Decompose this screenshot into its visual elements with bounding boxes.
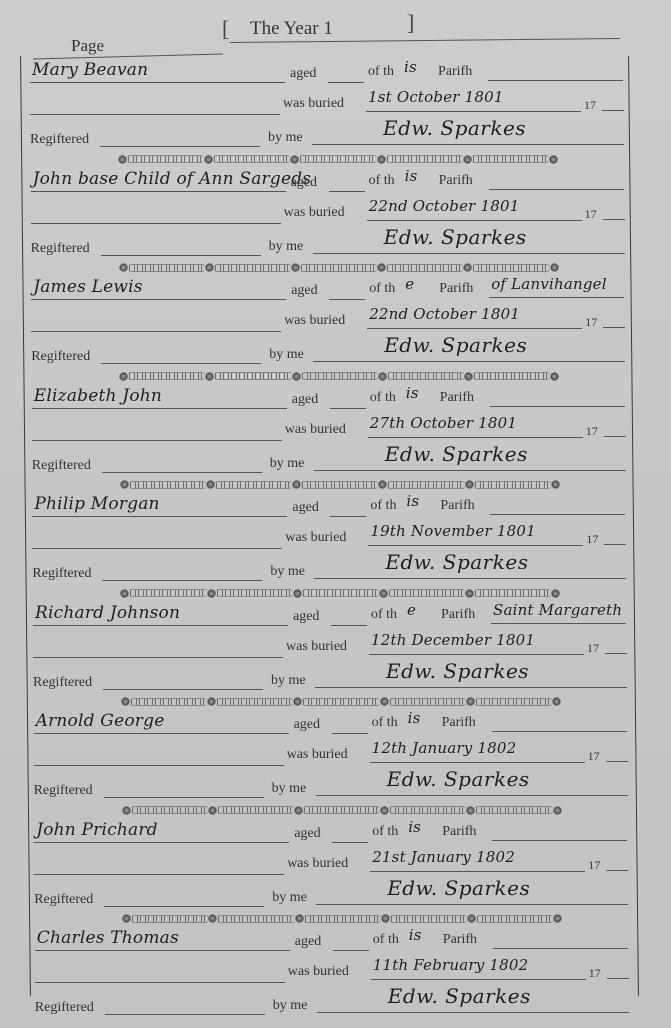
burial-entry: Charles Thomas aged of th is Parifh was … — [33, 926, 631, 1028]
of-the-label: of th — [368, 64, 394, 80]
deceased-name: Elizabeth John — [34, 386, 162, 406]
registrar-signature: Edw. Sparkes — [387, 876, 530, 900]
signature-rule — [313, 361, 625, 362]
burial-entry: Philip Morgan aged of th is Parifh was b… — [30, 492, 628, 600]
deceased-name: John base Child of Ann Sargeds — [33, 169, 312, 189]
ornament-chain — [472, 264, 549, 272]
ornament-knot — [463, 263, 472, 272]
was-buried-label: was buried — [284, 205, 345, 221]
burial-entry: John base Child of Ann Sargeds aged of t… — [29, 167, 627, 275]
of-the-suffix: e — [407, 601, 416, 619]
aged-label: aged — [291, 175, 317, 191]
ornament-knot — [381, 914, 390, 923]
registered-rule — [103, 689, 263, 690]
ornament-knot — [465, 589, 474, 598]
by-me-label: by me — [270, 456, 305, 472]
ornament-chain — [129, 589, 206, 597]
date-rule — [370, 762, 585, 763]
year-rule — [602, 110, 624, 111]
of-the-suffix: is — [408, 709, 421, 727]
was-buried-label: was buried — [286, 639, 347, 655]
ornament-chain — [475, 806, 552, 814]
separator-ornament — [121, 697, 561, 707]
parish-label: Parifh — [440, 498, 474, 514]
signature-rule — [316, 795, 628, 796]
by-me-label: by me — [271, 673, 306, 689]
by-me-label: by me — [268, 130, 303, 146]
name-rule — [34, 842, 289, 843]
registrar-signature: Edw. Sparkes — [386, 659, 529, 683]
by-me-label: by me — [269, 347, 304, 363]
aged-label: aged — [290, 66, 316, 82]
ornament-knot — [291, 263, 300, 272]
aged-label: aged — [294, 826, 320, 842]
burial-date: 12th December 1801 — [371, 631, 535, 649]
ornament-knot — [208, 806, 217, 815]
ornament-knot — [205, 372, 214, 381]
signature-rule — [315, 687, 627, 688]
ornament-knot — [378, 372, 387, 381]
of-the-label: of th — [372, 715, 398, 731]
of-the-label: of th — [371, 607, 397, 623]
ornament-chain — [214, 372, 291, 380]
registered-label: Regiftered — [32, 566, 91, 582]
parish-label: Parifh — [443, 932, 477, 948]
separator-ornament — [119, 371, 559, 381]
deceased-name: Mary Beavan — [32, 60, 148, 80]
aged-label: aged — [295, 934, 321, 950]
year-rule — [603, 219, 625, 220]
burial-entry: Arnold George aged of th is Parifh was b… — [32, 709, 630, 817]
age-rule — [332, 733, 368, 734]
parish-rule — [491, 623, 626, 624]
burial-entry: Mary Beavan aged of th is Parifh was bur… — [28, 58, 626, 166]
bracket-left: [ — [222, 16, 229, 42]
ornament-chain — [476, 915, 553, 923]
burial-entry: Richard Johnson aged of th e Parifh Sain… — [31, 601, 629, 709]
ornament-knot — [378, 480, 387, 489]
was-buried-label: was buried — [284, 313, 345, 329]
burial-left-rule — [33, 657, 283, 658]
registered-label: Regiftered — [35, 1000, 94, 1016]
registered-rule — [101, 363, 261, 364]
of-the-suffix: is — [409, 926, 422, 944]
year-prefix: 17 — [588, 858, 600, 873]
registered-label: Regiftered — [31, 349, 90, 365]
year-rule — [606, 870, 628, 871]
ornament-knot — [463, 155, 472, 164]
signature-rule — [316, 904, 628, 905]
ornament-knot — [379, 589, 388, 598]
date-rule — [368, 437, 583, 438]
of-the-label: of th — [369, 281, 395, 297]
burial-date: 1st October 1801 — [368, 88, 504, 106]
ornament-chain — [474, 481, 551, 489]
ornament-chain — [217, 806, 294, 814]
ornament-knot — [120, 480, 129, 489]
deceased-name: Charles Thomas — [37, 928, 179, 948]
parish-label: Parifh — [439, 281, 473, 297]
age-rule — [331, 625, 367, 626]
ornament-knot — [551, 589, 560, 598]
ornament-chain — [131, 915, 208, 923]
ornament-knot — [464, 372, 473, 381]
ornament-knot — [377, 263, 386, 272]
of-the-label: of th — [372, 824, 398, 840]
ornament-chain — [386, 155, 463, 163]
was-buried-label: was buried — [285, 422, 346, 438]
separator-ornament — [120, 480, 560, 490]
burial-date: 27th October 1801 — [370, 414, 517, 432]
register-page: Page [ The Year 1 ] Mary Beavan aged of … — [0, 0, 671, 1028]
parish-rule — [492, 731, 627, 732]
burial-left-rule — [32, 548, 282, 549]
ornament-chain — [300, 264, 377, 272]
was-buried-label: was buried — [288, 964, 349, 980]
burial-entry: Elizabeth John aged of th is Parifh was … — [30, 384, 628, 492]
year-prefix: 17 — [587, 641, 599, 656]
ornament-chain — [127, 155, 204, 163]
ornament-knot — [293, 589, 302, 598]
ornament-knot — [552, 697, 561, 706]
burial-date: 11th February 1802 — [373, 956, 529, 974]
name-rule — [31, 191, 286, 192]
ornament-knot — [207, 589, 216, 598]
parish-rule — [489, 189, 624, 190]
name-rule — [35, 950, 290, 951]
burial-date: 12th January 1802 — [372, 739, 517, 757]
registrar-signature: Edw. Sparkes — [385, 442, 528, 466]
registrar-signature: Edw. Sparkes — [383, 116, 526, 140]
registered-label: Regiftered — [34, 783, 93, 799]
burial-date: 22nd October 1801 — [369, 305, 520, 323]
by-me-label: by me — [272, 781, 307, 797]
date-rule — [367, 328, 582, 329]
ornament-chain — [388, 589, 465, 597]
aged-label: aged — [294, 717, 320, 733]
ornament-knot — [292, 480, 301, 489]
ornament-knot — [290, 155, 299, 164]
ornament-knot — [550, 263, 559, 272]
ornament-knot — [553, 914, 562, 923]
ornament-knot — [551, 480, 560, 489]
separator-ornament — [122, 914, 562, 924]
ornament-chain — [304, 915, 381, 923]
ornament-chain — [217, 915, 294, 923]
ornament-chain — [299, 155, 376, 163]
registered-rule — [102, 472, 262, 473]
of-the-suffix: e — [405, 275, 414, 293]
registered-rule — [100, 146, 260, 147]
ornament-knot — [207, 697, 216, 706]
aged-label: aged — [292, 500, 318, 516]
was-buried-label: was buried — [283, 96, 344, 112]
name-rule — [32, 516, 287, 517]
name-rule — [30, 82, 285, 83]
ornament-chain — [128, 264, 205, 272]
page-header: Page [ The Year 1 ] — [0, 0, 671, 60]
signature-rule — [314, 578, 626, 579]
was-buried-label: was buried — [287, 856, 348, 872]
parish-label: Parifh — [442, 715, 476, 731]
separator-ornament — [120, 588, 560, 598]
age-rule — [329, 191, 365, 192]
ornament-chain — [303, 806, 380, 814]
deceased-name: Arnold George — [36, 711, 165, 731]
year-prefix: 17 — [585, 207, 597, 222]
year-rule — [606, 761, 628, 762]
date-rule — [370, 871, 585, 872]
year-rule — [603, 327, 625, 328]
parish-rule — [488, 80, 623, 81]
aged-label: aged — [291, 283, 317, 299]
by-me-label: by me — [273, 998, 308, 1014]
date-rule — [368, 545, 583, 546]
ornament-knot — [119, 372, 128, 381]
aged-label: aged — [293, 609, 319, 625]
aged-label: aged — [292, 392, 318, 408]
page-label: Page — [71, 36, 104, 56]
ornament-knot — [119, 263, 128, 272]
year-rule — [605, 653, 627, 654]
ornament-chain — [131, 806, 208, 814]
age-rule — [330, 516, 366, 517]
of-the-suffix: is — [405, 167, 418, 185]
age-rule — [328, 82, 364, 83]
ornament-knot — [377, 155, 386, 164]
parish-label: Parifh — [439, 173, 473, 189]
date-rule — [366, 111, 581, 112]
burial-left-rule — [31, 331, 281, 332]
ornament-chain — [389, 806, 466, 814]
registered-label: Regiftered — [34, 892, 93, 908]
ornament-knot — [467, 914, 476, 923]
year-prefix: 17 — [585, 315, 597, 330]
deceased-name: John Prichard — [36, 820, 158, 840]
ornament-knot — [208, 914, 217, 923]
burial-left-rule — [30, 114, 280, 115]
ornament-chain — [128, 372, 205, 380]
registered-rule — [102, 580, 262, 581]
registrar-signature: Edw. Sparkes — [385, 550, 528, 574]
by-me-label: by me — [270, 564, 305, 580]
ornament-chain — [386, 264, 463, 272]
parish-label: Parifh — [438, 64, 472, 80]
ornament-knot — [380, 806, 389, 815]
year-prefix: 17 — [589, 966, 601, 981]
name-rule — [33, 625, 288, 626]
parish-rule — [489, 297, 624, 298]
registered-rule — [105, 1014, 265, 1015]
year-rule — [604, 436, 626, 437]
registrar-signature: Edw. Sparkes — [387, 767, 530, 791]
registrar-signature: Edw. Sparkes — [388, 984, 531, 1008]
ornament-chain — [213, 155, 290, 163]
registered-label: Regiftered — [33, 675, 92, 691]
ornament-chain — [130, 698, 207, 706]
parish-name: of Lanvihangel — [491, 275, 607, 293]
ornament-knot — [549, 155, 558, 164]
of-the-label: of th — [373, 932, 399, 948]
parish-label: Parifh — [441, 607, 475, 623]
ornament-chain — [472, 155, 549, 163]
ornament-chain — [473, 372, 550, 380]
ornament-chain — [387, 372, 464, 380]
year-prefix: 17 — [588, 749, 600, 764]
ornament-knot — [466, 697, 475, 706]
ornament-chain — [301, 372, 378, 380]
registered-rule — [104, 906, 264, 907]
deceased-name: Philip Morgan — [34, 494, 159, 514]
name-rule — [34, 733, 289, 734]
bracket-right: ] — [407, 10, 414, 36]
registered-rule — [101, 255, 261, 256]
signature-rule — [313, 253, 625, 254]
of-the-label: of th — [370, 390, 396, 406]
registered-label: Regiftered — [30, 132, 89, 148]
ornament-chain — [302, 589, 379, 597]
date-rule — [371, 979, 586, 980]
ornament-knot — [205, 263, 214, 272]
separator-ornament — [118, 154, 558, 164]
ornament-knot — [122, 806, 131, 815]
registered-rule — [104, 797, 264, 798]
ornament-knot — [294, 806, 303, 815]
by-me-label: by me — [269, 239, 304, 255]
parish-name: Saint Margareth — [493, 601, 622, 619]
ornament-chain — [216, 589, 293, 597]
ornament-knot — [293, 697, 302, 706]
signature-rule — [314, 470, 626, 471]
burial-entry: James Lewis aged of th e Parifh of Lanvi… — [29, 275, 627, 383]
parish-rule — [492, 840, 627, 841]
ornament-knot — [206, 480, 215, 489]
year-prefix: 17 — [584, 98, 596, 113]
ornament-knot — [120, 589, 129, 598]
ornament-chain — [215, 481, 292, 489]
of-the-suffix: is — [404, 58, 417, 76]
parish-rule — [493, 948, 628, 949]
ornament-knot — [204, 155, 213, 164]
age-rule — [332, 842, 368, 843]
name-rule — [31, 299, 286, 300]
ornament-chain — [474, 589, 551, 597]
burial-date: 22nd October 1801 — [369, 197, 520, 215]
ornament-chain — [475, 698, 552, 706]
ornament-knot — [465, 480, 474, 489]
ornament-chain — [216, 698, 293, 706]
year-rule — [604, 544, 626, 545]
burial-date: 21st January 1802 — [372, 848, 515, 866]
parish-rule — [490, 406, 625, 407]
ornament-knot — [121, 697, 130, 706]
of-the-suffix: is — [406, 384, 419, 402]
burial-left-rule — [34, 874, 284, 875]
deceased-name: Richard Johnson — [35, 603, 180, 623]
ornament-knot — [118, 155, 127, 164]
of-the-label: of th — [370, 498, 396, 514]
ornament-chain — [390, 915, 467, 923]
ornament-knot — [295, 914, 304, 923]
ornament-chain — [302, 698, 379, 706]
deceased-name: James Lewis — [33, 277, 143, 297]
signature-rule — [312, 144, 624, 145]
of-the-label: of th — [369, 173, 395, 189]
ornament-chain — [387, 481, 464, 489]
date-rule — [369, 654, 584, 655]
year-prefix: 17 — [586, 424, 598, 439]
was-buried-label: was buried — [287, 747, 348, 763]
ornament-chain — [301, 481, 378, 489]
ornament-knot — [553, 806, 562, 815]
burial-left-rule — [31, 223, 281, 224]
year-prefix: 17 — [586, 532, 598, 547]
year-rule — [607, 978, 629, 979]
date-rule — [367, 220, 582, 221]
separator-ornament — [122, 805, 562, 815]
of-the-suffix: is — [406, 492, 419, 510]
ornament-knot — [292, 372, 301, 381]
parish-rule — [490, 514, 625, 515]
age-rule — [330, 408, 366, 409]
burial-left-rule — [34, 765, 284, 766]
ornament-chain — [389, 698, 466, 706]
ornament-knot — [466, 806, 475, 815]
year-label: The Year 1 — [250, 18, 333, 40]
separator-ornament — [119, 263, 559, 273]
ornament-knot — [380, 697, 389, 706]
signature-rule — [317, 1012, 629, 1013]
ornament-chain — [129, 481, 206, 489]
registered-label: Regiftered — [31, 241, 90, 257]
ornament-chain — [214, 264, 291, 272]
was-buried-label: was buried — [285, 530, 346, 546]
burial-left-rule — [32, 440, 282, 441]
registered-label: Regiftered — [32, 458, 91, 474]
burial-entry: John Prichard aged of th is Parifh was b… — [32, 818, 630, 926]
parish-label: Parifh — [442, 824, 476, 840]
age-rule — [329, 299, 365, 300]
registrar-signature: Edw. Sparkes — [384, 225, 527, 249]
ornament-knot — [122, 914, 131, 923]
burial-left-rule — [35, 982, 285, 983]
ornament-knot — [550, 372, 559, 381]
by-me-label: by me — [272, 890, 307, 906]
burial-date: 19th November 1801 — [370, 522, 535, 540]
registrar-signature: Edw. Sparkes — [384, 333, 527, 357]
of-the-suffix: is — [408, 818, 421, 836]
age-rule — [333, 950, 369, 951]
parish-label: Parifh — [440, 390, 474, 406]
name-rule — [32, 408, 287, 409]
